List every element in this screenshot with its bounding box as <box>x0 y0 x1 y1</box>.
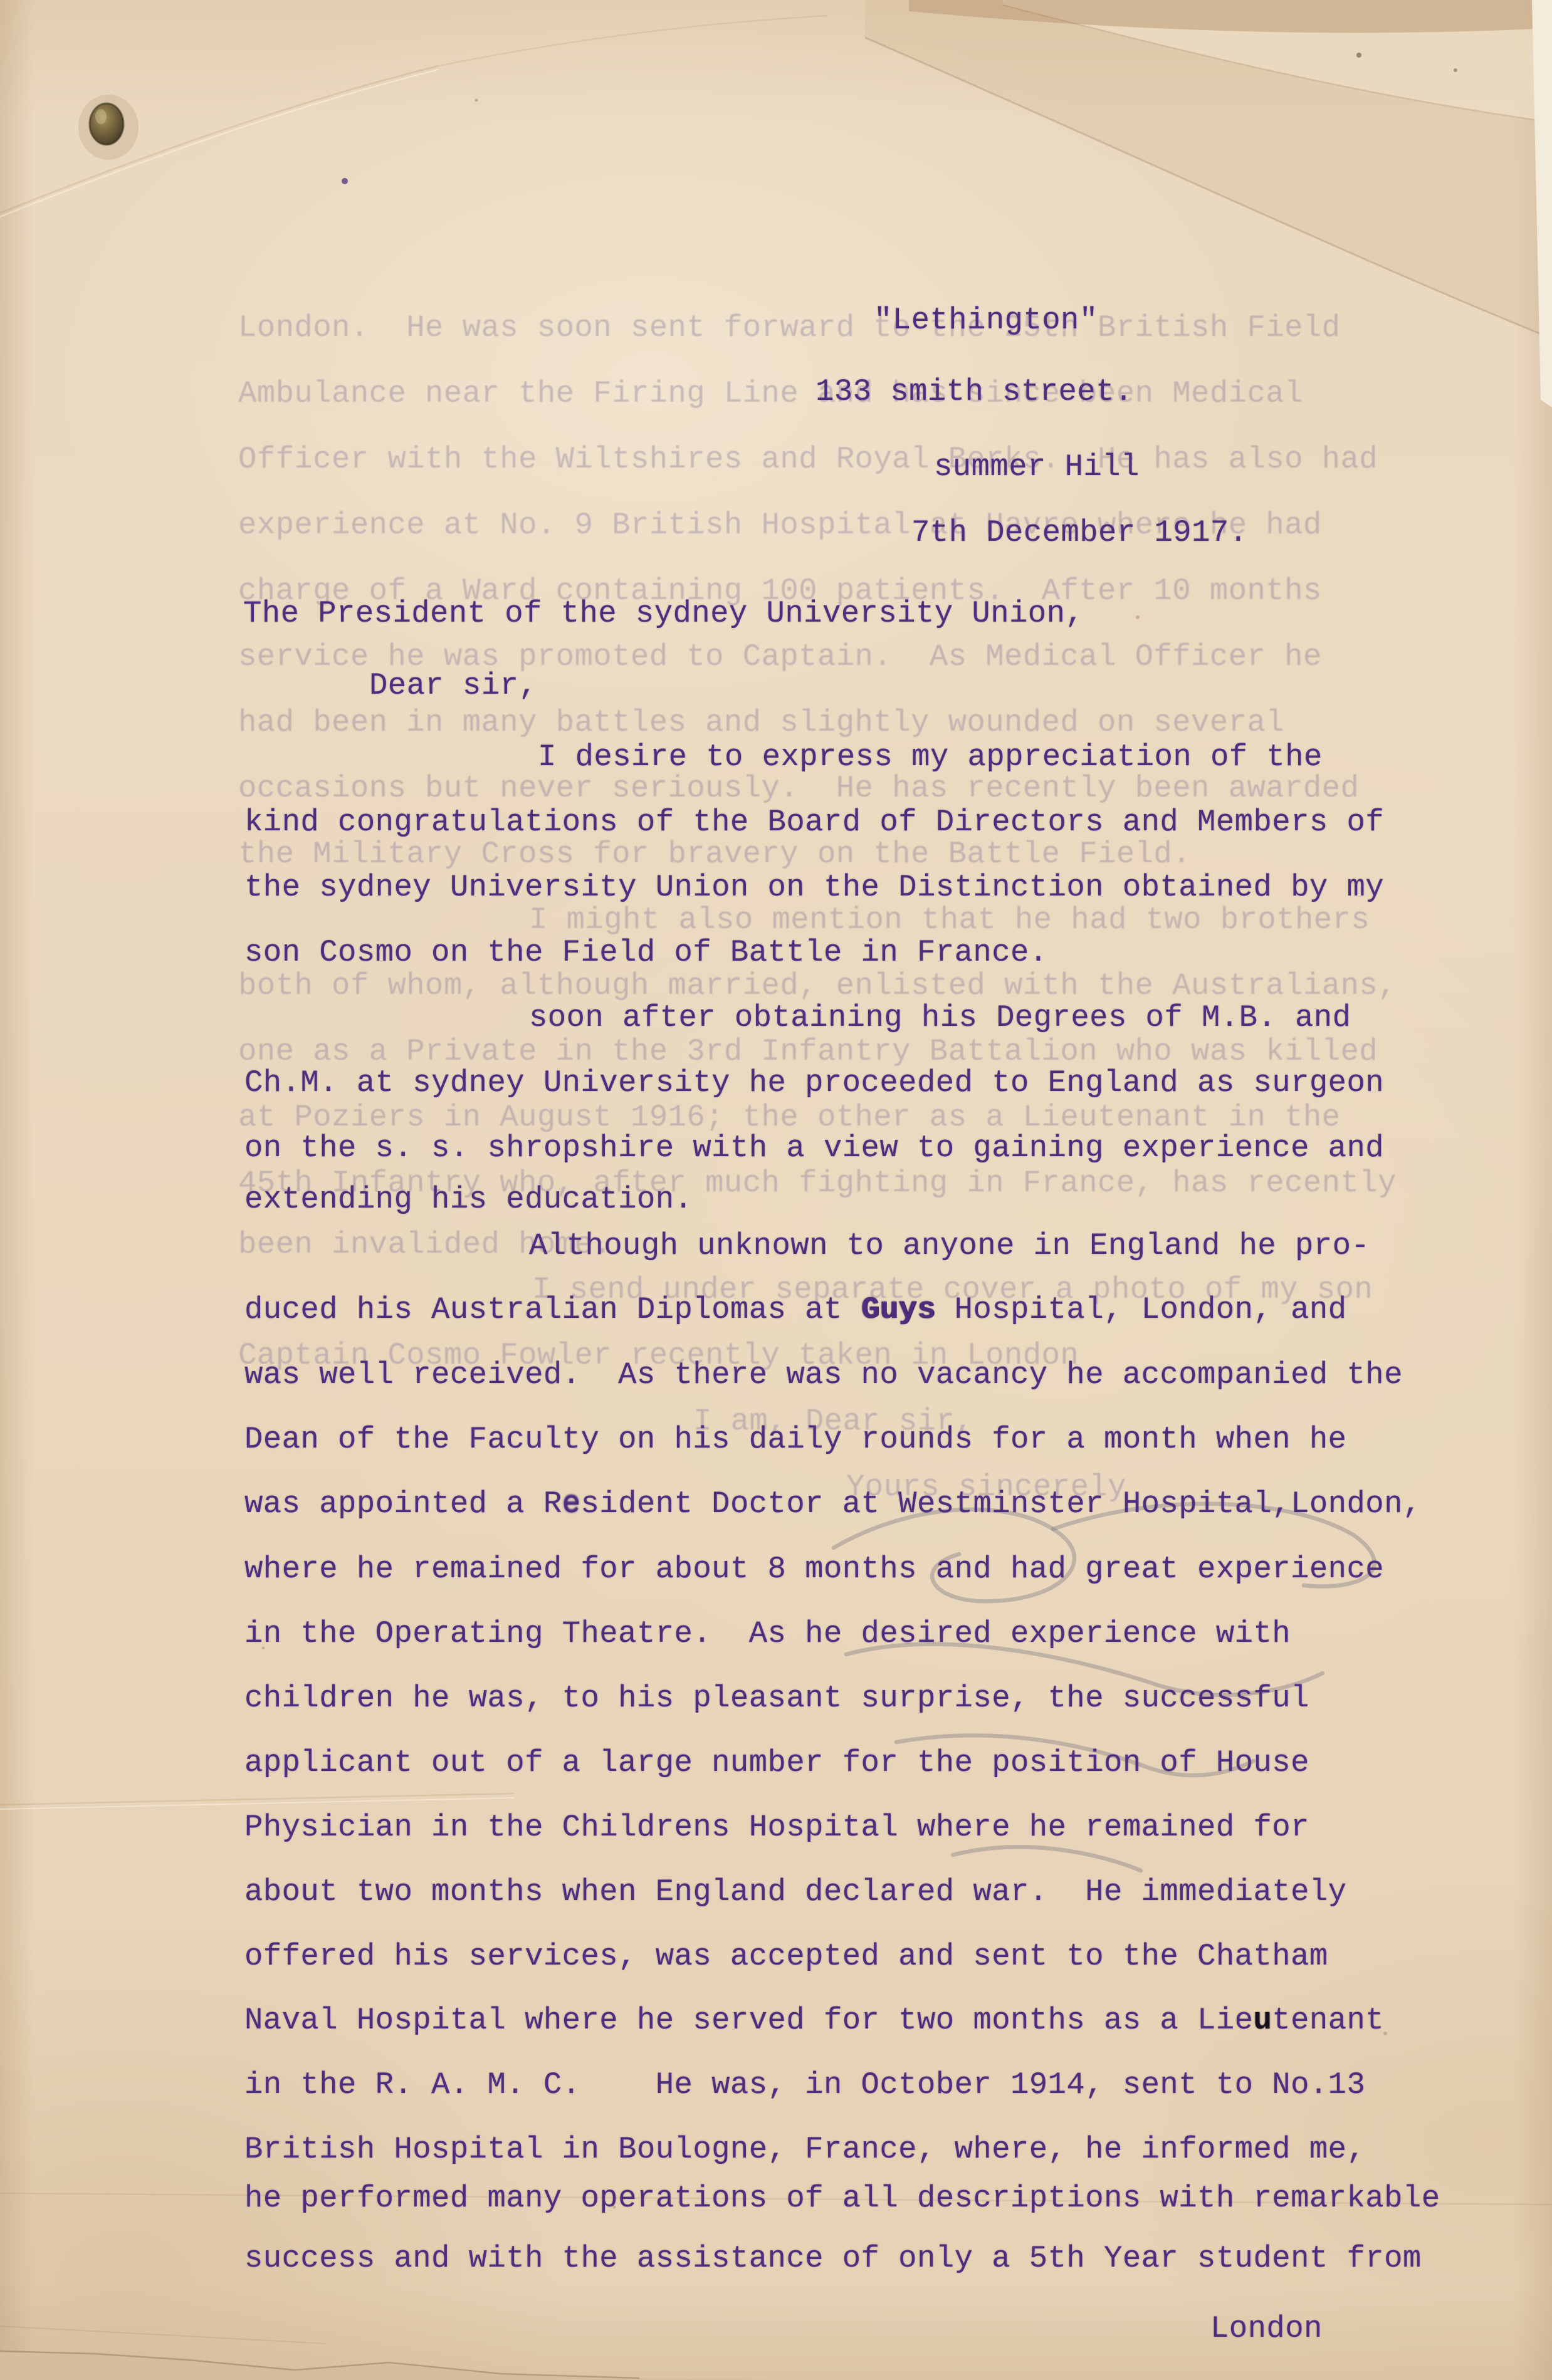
body-line: in the R. A. M. C. He was, in October 19… <box>244 2067 1365 2102</box>
sender-suburb: summer Hill <box>934 449 1140 484</box>
body-line: Naval Hospital where he served for two m… <box>244 2003 1384 2038</box>
sender-street: 133 smith street. <box>815 374 1133 409</box>
body-line: Ch.M. at sydney University he proceeded … <box>244 1065 1384 1100</box>
body-line: offered his services, was accepted and s… <box>244 1939 1328 1974</box>
smudged-letter: e <box>562 1486 581 1521</box>
body-line: children he was, to his pleasant surpris… <box>244 1681 1309 1716</box>
body-line: success and with the assistance of only … <box>244 2241 1422 2276</box>
body-line: son Cosmo on the Field of Battle in Fran… <box>244 935 1048 970</box>
body-line: about two months when England declared w… <box>244 1874 1346 1909</box>
body-line: Physician in the Childrens Hospital wher… <box>244 1810 1309 1845</box>
body-text: was appointed a R <box>244 1486 562 1521</box>
body-line: duced his Australian Diplomas at Guys Ho… <box>244 1292 1347 1327</box>
body-line: he performed many operations of all desc… <box>244 2181 1440 2216</box>
body-line: I desire to express my appreciation of t… <box>538 739 1323 775</box>
body-line: the sydney University Union on the Disti… <box>244 870 1384 905</box>
letter-date: 7th December 1917. <box>911 515 1248 550</box>
body-line: soon after obtaining his Degrees of M.B.… <box>529 1000 1351 1035</box>
body-line: was well received. As there was no vacan… <box>244 1357 1403 1392</box>
sender-house-name: "Lethington" <box>874 303 1098 338</box>
body-line: was appointed a Resident Doctor at Westm… <box>244 1486 1422 1521</box>
body-line: extending his education. <box>244 1182 693 1217</box>
body-line: Dean of the Faculty on his daily rounds … <box>244 1422 1346 1457</box>
salutation: Dear sir, <box>369 668 537 703</box>
recipient-line: The President of the sydney University U… <box>243 596 1084 631</box>
body-line: applicant out of a large number for the … <box>244 1745 1309 1780</box>
overtyped-letter: u <box>1253 2003 1272 2038</box>
body-text: Hospital, London, and <box>936 1292 1347 1327</box>
body-text: Naval Hospital where he served for two m… <box>244 2003 1253 2038</box>
body-text: sident Doctor at Westminster Hospital,Lo… <box>581 1486 1422 1521</box>
body-text: duced his Australian Diplomas at <box>244 1292 861 1327</box>
body-line: on the s. s. shropshire with a view to g… <box>244 1130 1384 1166</box>
body-text: tenant <box>1272 2003 1384 2038</box>
body-line: kind congratulations of the Board of Dir… <box>244 805 1384 840</box>
catchword-next-page: London <box>1210 2311 1323 2346</box>
typewritten-text-layer: "Lethington" 133 smith street. summer Hi… <box>0 0 1552 2380</box>
body-line: British Hospital in Boulogne, France, wh… <box>244 2132 1365 2167</box>
body-line: in the Operating Theatre. As he desired … <box>244 1616 1291 1651</box>
body-line: where he remained for about 8 months and… <box>244 1552 1384 1587</box>
overstruck-word: Guys <box>861 1292 936 1327</box>
letter-scan-page: London. He was soon sent forward to the … <box>0 0 1552 2380</box>
body-line: Although unknown to anyone in England he… <box>529 1228 1370 1263</box>
